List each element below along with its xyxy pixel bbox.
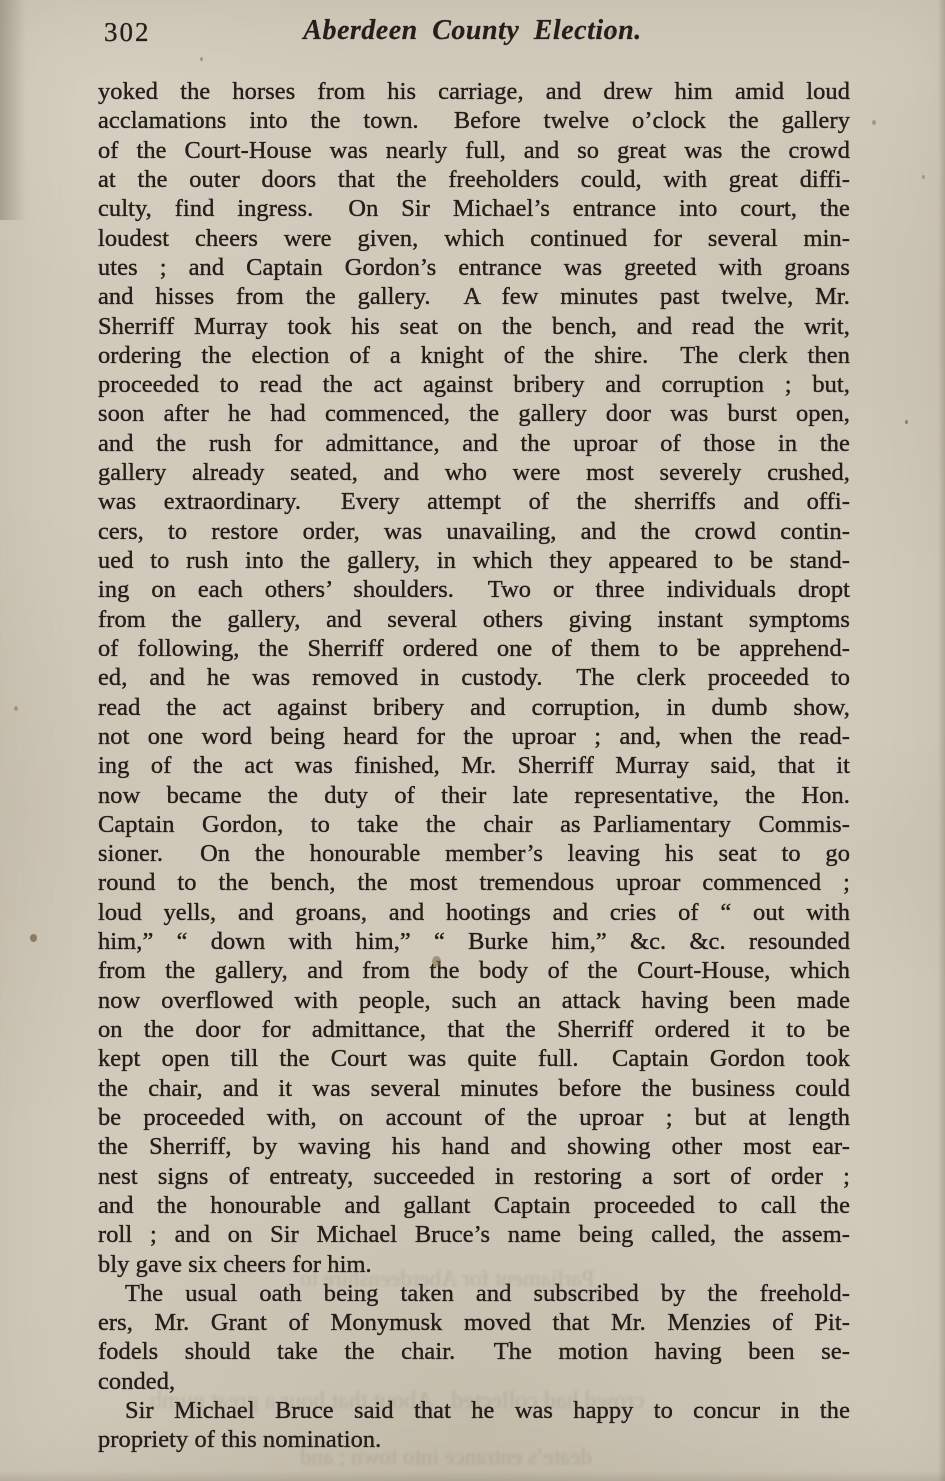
text-line: bly gave six cheers for him. [98,1250,850,1279]
text-line: loudest cheers were given, which continu… [98,224,850,253]
text-line: from the gallery, and several others giv… [98,605,850,634]
text-line: round to the bench, the most tremendous … [98,868,850,897]
text-line: The usual oath being taken and subscribe… [98,1279,850,1308]
text-line: Sir Michael Bruce said that he was happy… [98,1396,850,1425]
text-line: from the gallery, and from the body of t… [98,956,850,985]
text-line: roll ; and on Sir Michael Bruce’s name b… [98,1220,850,1249]
text-line: gallery already seated, and who were mos… [98,458,850,487]
paper-speck [922,175,925,179]
text-line: him,” “ down with him,” “ Burke him,” &c… [98,927,850,956]
text-line: proceeded to read the act against briber… [98,370,850,399]
paper-speck [872,120,876,125]
text-line: yoked the horses from his carriage, and … [98,77,850,106]
text-line: of following, the Sherriff ordered one o… [98,634,850,663]
text-line: the chair, and it was several minutes be… [98,1074,850,1103]
text-line: now overflowed with people, such an atta… [98,986,850,1015]
book-page: 302 Aberdeen County Election. yoked the … [0,0,945,1481]
text-line: ers, Mr. Grant of Monymusk moved that Mr… [98,1308,850,1337]
text-line: culty, find ingress. On Sir Michael’s en… [98,194,850,223]
text-line: soon after he had commenced, the gallery… [98,399,850,428]
page-edge-shadow-bottom [0,1471,945,1481]
paper-speck [905,420,908,424]
text-line: ing on each others’ shoulders. Two or th… [98,575,850,604]
text-line: the Sherriff, by waving his hand and sho… [98,1132,850,1161]
text-line: read the act against bribery and corrupt… [98,693,850,722]
running-title: Aberdeen County Election. [0,15,945,47]
body-text: yoked the horses from his carriage, and … [98,77,850,1455]
text-line: Sherriff Murray took his seat on the ben… [98,312,850,341]
text-line: not one word being heard for the uproar … [98,722,850,751]
text-line: ordering the election of a knight of the… [98,341,850,370]
page-edge-shadow-right [938,0,945,1481]
text-line: conded, [98,1367,850,1396]
text-line: nest signs of entreaty, succeeded in res… [98,1162,850,1191]
paper-speck [200,57,203,61]
text-line: cers, to restore order, was unavailing, … [98,517,850,546]
text-line: ed, and he was removed in custody. The c… [98,663,850,692]
paper-speck [30,934,37,942]
text-line: and the honourable and gallant Captain p… [98,1191,850,1220]
text-line: Captain Gordon, to take the chair as Par… [98,810,850,839]
text-line: kept open till the Court was quite full.… [98,1044,850,1073]
text-line: ued to rush into the gallery, in which t… [98,546,850,575]
text-line: was extraordinary. Every attempt of the … [98,487,850,516]
text-line: acclamations into the town. Before twelv… [98,106,850,135]
text-line: utes ; and Captain Gordon’s entrance was… [98,253,850,282]
text-line: at the outer doors that the freeholders … [98,165,850,194]
text-line: and hisses from the gallery. A few minut… [98,282,850,311]
text-line: on the door for admittance, that the She… [98,1015,850,1044]
text-line: fodels should take the chair. The motion… [98,1337,850,1366]
paper-speck [14,706,18,711]
text-line: and the rush for admittance, and the upr… [98,429,850,458]
text-line: propriety of this nomination. [98,1425,850,1454]
text-line: be proceeded with, on account of the upr… [98,1103,850,1132]
text-line: of the Court-House was nearly full, and … [98,136,850,165]
text-line: ing of the act was finished, Mr. Sherrif… [98,751,850,780]
text-line: now became the duty of their late repres… [98,781,850,810]
text-line: loud yells, and groans, and hootings and… [98,898,850,927]
text-line: sioner. On the honourable member’s leavi… [98,839,850,868]
